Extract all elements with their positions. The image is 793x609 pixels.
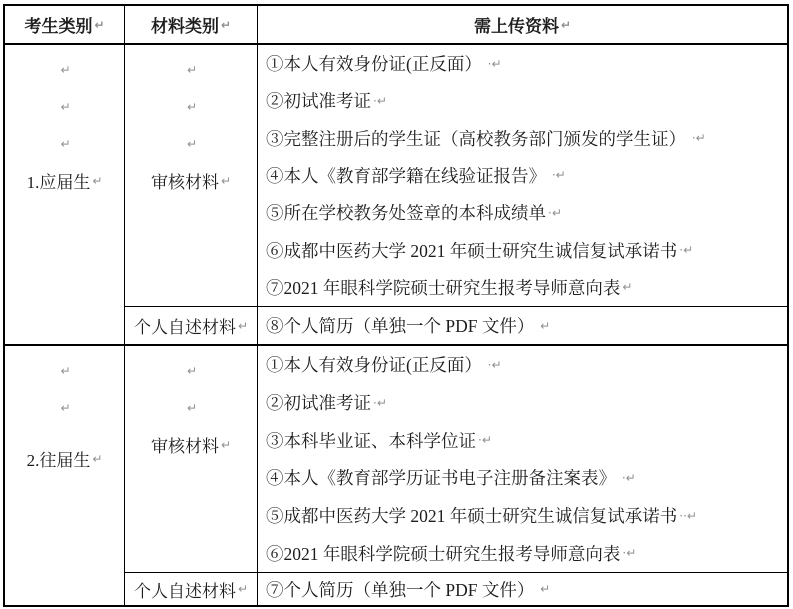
paragraph-mark-icon: ··↵ [679,509,697,523]
section-previous-graduates: ↵ ↵ 2.往届生 ↵ ↵ ↵ 审核材料 ↵ [5,346,787,605]
category-label: 1.应届生 ↵ [27,162,103,199]
upload-item: ⑥成都中医药大学 2021 年硕士研究生诚信复试承诺书·↵ [266,231,787,268]
upload-item-text: ⑥成都中医药大学 2021 年硕士研究生诚信复试承诺书 [266,238,677,263]
upload-item: ①本人有效身份证(正反面） ·↵ [266,45,787,82]
material-type-label: 审核材料 ↵ [151,162,231,199]
upload-item: ④本人《教育部学籍在线验证报告》 ·↵ [266,157,787,194]
material-type-cell-audit: ↵ ↵ ↵ 审核材料 ↵ [125,45,258,306]
material-type-label-text: 个人自述材料 [134,313,236,338]
upload-item-text: ⑧个人简历（单独一个 PDF 文件） [266,313,534,338]
upload-materials-table: 考生类别 ↵ 材料类别 ↵ 需上传资料 ↵ ↵ ↵ ↵ 1.应届生 ↵ [3,4,789,607]
empty-paragraph: ↵ [185,51,197,88]
paragraph-mark-icon: ↵ [536,319,550,333]
paragraph-mark-icon: ↵ [221,18,231,32]
material-type-cell-personal: 个人自述材料 ↵ [125,573,258,605]
upload-item: ①本人有效身份证(正反面） ·↵ [266,346,787,384]
document-page: 考生类别 ↵ 材料类别 ↵ 需上传资料 ↵ ↵ ↵ ↵ 1.应届生 ↵ [0,0,793,609]
paragraph-mark-icon: ↵ [60,63,70,77]
upload-item: ②初试准考证·↵ [266,384,787,422]
paragraph-mark-icon: ↵ [94,18,104,32]
empty-paragraph: ↵ [58,352,70,389]
paragraph-mark-icon: ↵ [60,100,70,114]
personal-statement-row: 个人自述材料 ↵ ⑧个人简历（单独一个 PDF 文件） ↵ [125,307,787,344]
paragraph-mark-icon: ·↵ [679,243,693,257]
upload-item-text: ①本人有效身份证(正反面） [266,51,482,76]
header-material-category: 材料类别 ↵ [125,6,258,43]
category-label-text: 1.应届生 [27,168,91,193]
upload-item-text: ⑤成都中医药大学 2021 年硕士研究生诚信复试承诺书 [266,503,677,528]
upload-item-text: ②初试准考证 [266,88,371,113]
paragraph-mark-icon: ↵ [187,137,197,151]
personal-statement-row: 个人自述材料 ↵ ⑦个人简历（单独一个 PDF 文件） ↵ [125,573,787,605]
upload-item-text: ⑦个人简历（单独一个 PDF 文件） [266,577,534,602]
upload-item-text: ④本人《教育部学历证书电子注册备注案表》 [266,465,616,490]
paragraph-mark-icon: ↵ [60,401,70,415]
paragraph-mark-icon: ↵ [221,438,231,452]
empty-paragraph: ↵ [58,389,70,426]
upload-item-text: ⑦2021 年眼科学院硕士研究生报考导师意向表 [266,275,620,300]
paragraph-mark-icon: ↵ [238,319,248,333]
category-label-text: 2.往届生 [27,446,91,471]
paragraph-mark-icon: ↵ [238,582,248,596]
empty-paragraph: ↵ [58,125,70,162]
paragraph-mark-icon: ↵ [221,174,231,188]
upload-item: ②初试准考证·↵ [266,82,787,119]
material-type-cell-audit: ↵ ↵ 审核材料 ↵ [125,346,258,572]
category-cell-previous-graduates: ↵ ↵ 2.往届生 ↵ [5,346,125,605]
material-type-label: 个人自述材料 ↵ [134,307,248,344]
paragraph-mark-icon: ·↵ [484,57,502,71]
paragraph-mark-icon: ·↵ [484,358,502,372]
upload-item: ⑧个人简历（单独一个 PDF 文件） ↵ [266,313,787,338]
audit-materials-row: ↵ ↵ 审核材料 ↵ ①本人有效身份证(正反面） ·↵ ②初试准考证·↵ ③本科… [125,346,787,573]
paragraph-mark-icon: ·↵ [478,433,492,447]
empty-paragraph: ↵ [185,352,197,389]
paragraph-mark-icon: ↵ [561,18,571,32]
upload-item: ④本人《教育部学历证书电子注册备注案表》 ·↵ [266,459,787,497]
table-header-row: 考生类别 ↵ 材料类别 ↵ 需上传资料 ↵ [5,6,787,45]
header-material-category-label: 材料类别 [151,12,219,37]
category-cell-fresh-graduates: ↵ ↵ ↵ 1.应届生 ↵ [5,45,125,344]
upload-item: ⑦2021 年眼科学院硕士研究生报考导师意向表↵ [266,269,787,306]
empty-paragraph: ↵ [58,88,70,125]
paragraph-mark-icon: ·↵ [373,94,387,108]
paragraph-mark-icon: ↵ [622,280,632,294]
header-upload-materials-label: 需上传资料 [474,12,559,37]
empty-paragraph: ↵ [58,51,70,88]
paragraph-mark-icon: ↵ [60,364,70,378]
header-candidate-category-label: 考生类别 [24,12,92,37]
paragraph-mark-icon: ↵ [187,100,197,114]
upload-item-text: ⑥2021 年眼科学院硕士研究生报考导师意向表 [266,541,620,566]
upload-items-list: ⑧个人简历（单独一个 PDF 文件） ↵ [258,307,787,344]
upload-items-list: ①本人有效身份证(正反面） ·↵ ②初试准考证·↵ ③本科毕业证、本科学位证·↵… [258,346,787,572]
paragraph-mark-icon: ·↵ [622,546,636,560]
upload-item: ⑤所在学校教务处签章的本科成绩单·↵ [266,194,787,231]
upload-item: ⑥2021 年眼科学院硕士研究生报考导师意向表·↵ [266,534,787,572]
paragraph-mark-icon: ↵ [187,401,197,415]
material-type-label-text: 个人自述材料 [134,577,236,602]
upload-item: ③完整注册后的学生证（高校教务部门颁发的学生证） ·↵ [266,120,787,157]
empty-paragraph: ↵ [185,125,197,162]
paragraph-mark-icon: ↵ [92,174,102,188]
empty-paragraph: ↵ [185,88,197,125]
header-candidate-category: 考生类别 ↵ [5,6,125,43]
material-type-label-text: 审核材料 [151,168,219,193]
upload-items-list: ①本人有效身份证(正反面） ·↵ ②初试准考证·↵ ③完整注册后的学生证（高校教… [258,45,787,306]
material-type-label-text: 审核材料 [151,432,219,457]
paragraph-mark-icon: ↵ [187,364,197,378]
paragraph-mark-icon: ·↵ [688,131,706,145]
upload-item-text: ⑤所在学校教务处签章的本科成绩单 [266,200,546,225]
category-label: 2.往届生 ↵ [27,440,103,477]
upload-item-text: ③本科毕业证、本科学位证 [266,428,476,453]
audit-materials-row: ↵ ↵ ↵ 审核材料 ↵ ①本人有效身份证(正反面） ·↵ ②初试准考证·↵ ③… [125,45,787,307]
upload-item-text: ①本人有效身份证(正反面） [266,352,482,377]
paragraph-mark-icon: ↵ [536,582,550,596]
material-type-label: 审核材料 ↵ [151,426,231,463]
upload-items-list: ⑦个人简历（单独一个 PDF 文件） ↵ [258,573,787,605]
upload-item-text: ②初试准考证 [266,390,371,415]
material-type-cell-personal: 个人自述材料 ↵ [125,307,258,344]
upload-item: ⑦个人简历（单独一个 PDF 文件） ↵ [266,577,787,602]
material-type-label: 个人自述材料 ↵ [134,573,248,605]
upload-item-text: ③完整注册后的学生证（高校教务部门颁发的学生证） [266,126,686,151]
header-upload-materials: 需上传资料 ↵ [258,6,787,43]
upload-item-text: ④本人《教育部学籍在线验证报告》 [266,163,546,188]
paragraph-mark-icon: ·↵ [548,168,566,182]
paragraph-mark-icon: ·↵ [548,206,562,220]
section-right: ↵ ↵ ↵ 审核材料 ↵ ①本人有效身份证(正反面） ·↵ ②初试准考证·↵ ③… [125,45,787,344]
empty-paragraph: ↵ [185,389,197,426]
paragraph-mark-icon: ↵ [92,452,102,466]
upload-item: ⑤成都中医药大学 2021 年硕士研究生诚信复试承诺书··↵ [266,497,787,535]
paragraph-mark-icon: ·↵ [618,471,636,485]
paragraph-mark-icon: ↵ [187,63,197,77]
section-right: ↵ ↵ 审核材料 ↵ ①本人有效身份证(正反面） ·↵ ②初试准考证·↵ ③本科… [125,346,787,605]
paragraph-mark-icon: ·↵ [373,396,387,410]
paragraph-mark-icon: ↵ [60,137,70,151]
upload-item: ③本科毕业证、本科学位证·↵ [266,421,787,459]
section-fresh-graduates: ↵ ↵ ↵ 1.应届生 ↵ ↵ ↵ ↵ 审核材料 ↵ [5,45,787,346]
